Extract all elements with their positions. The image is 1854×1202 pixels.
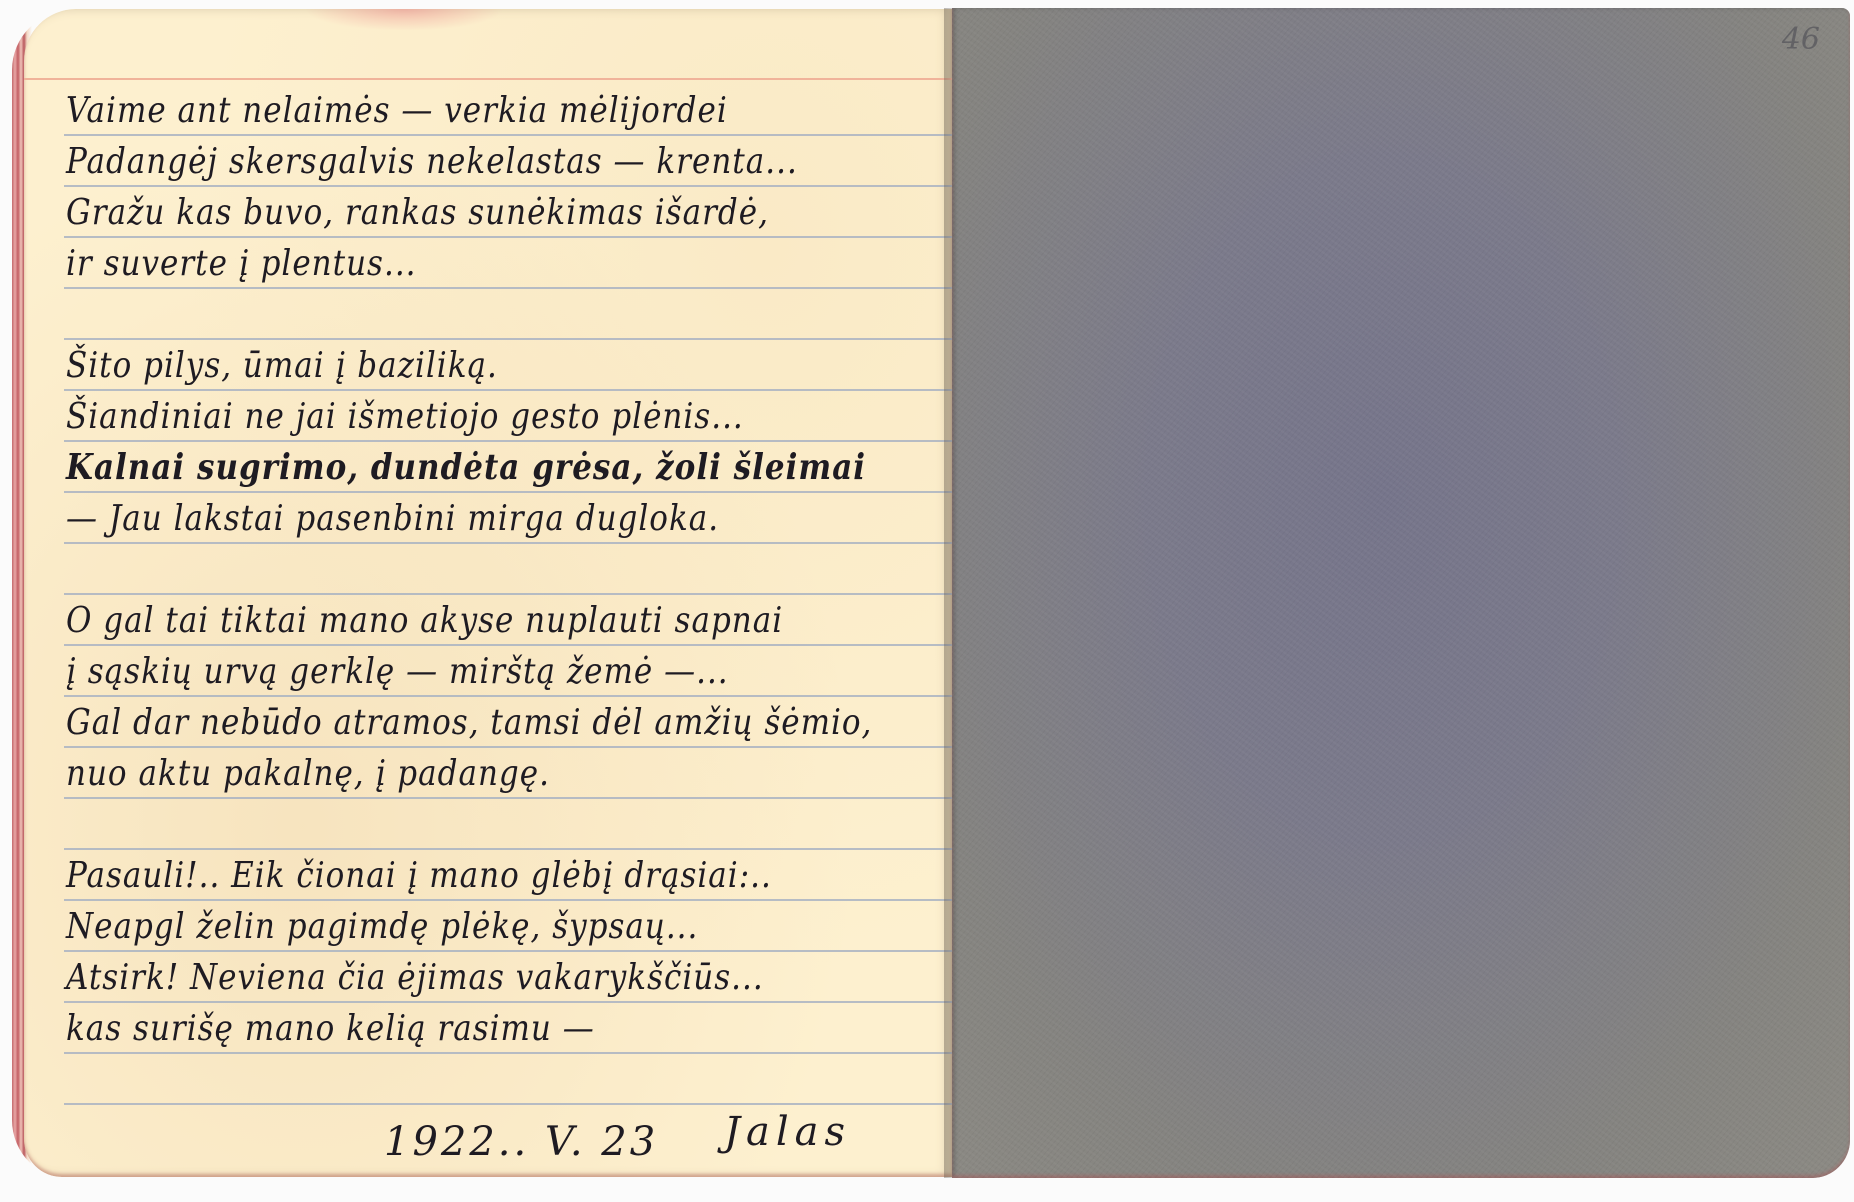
poem-line: Pasauli!.. Eik čionai į mano glėbį drąsi… xyxy=(66,855,772,896)
ruled-line xyxy=(64,338,952,340)
ruled-line xyxy=(64,746,952,748)
poem-line: Šiandiniai ne jai išmetiojo gesto plėnis… xyxy=(66,396,744,437)
poem-line: ir suverte į plentus... xyxy=(66,243,417,284)
poem-line: Gal dar nebūdo atramos, tamsi dėl amžių … xyxy=(66,702,872,743)
poem-line: nuo aktu pakalnę, į padangę. xyxy=(66,753,550,794)
notebook-spread: Vaime ant nelaimės — verkia mėlijordei P… xyxy=(0,0,1854,1202)
top-margin-line xyxy=(24,78,952,80)
ruled-line xyxy=(64,848,952,850)
ruled-line xyxy=(64,593,952,595)
ruled-line xyxy=(64,1103,952,1105)
poem-line: — Jau lakstai pasenbini mirga dugloka. xyxy=(66,498,719,539)
left-page: Vaime ant nelaimės — verkia mėlijordei P… xyxy=(24,9,952,1177)
poem-line: Neapgl želin pagimdę plėkę, šypsaų... xyxy=(66,906,698,947)
ruled-line xyxy=(64,440,952,442)
ruled-line xyxy=(64,236,952,238)
ruled-line xyxy=(64,1052,952,1054)
ruled-line xyxy=(64,185,952,187)
ruled-line xyxy=(64,287,952,289)
ruled-line xyxy=(64,695,952,697)
page-number: 46 xyxy=(1782,22,1820,57)
ruled-line xyxy=(64,797,952,799)
ruled-line xyxy=(64,1001,952,1003)
ruled-line xyxy=(64,389,952,391)
ruled-line xyxy=(64,134,952,136)
ruled-line xyxy=(64,644,952,646)
poem-line: kas surišę mano kelią rasimu — xyxy=(66,1008,595,1049)
poem-line: Padangėj skersgalvis nekelastas — krenta… xyxy=(66,141,798,182)
date: 1922.. V. 23 xyxy=(384,1119,658,1165)
poem-line: O gal tai tiktai mano akyse nuplauti sap… xyxy=(66,600,783,641)
ruled-line xyxy=(64,899,952,901)
ink-stain xyxy=(304,9,504,31)
poem-line: į sąskių urvą gerklę — mirštą žemė —... xyxy=(66,651,729,692)
poem-line: Gražu kas buvo, rankas sunėkimas išardė, xyxy=(66,192,769,233)
ruled-line xyxy=(64,950,952,952)
ruled-line xyxy=(64,542,952,544)
poem-line: Šito pilys, ūmai į baziliką. xyxy=(66,345,498,386)
poem-line: Vaime ant nelaimės — verkia mėlijordei xyxy=(66,90,728,131)
right-page-cover: 46 xyxy=(952,8,1850,1178)
poem-line: Kalnai sugrimo, dundėta grėsa, žoli šlei… xyxy=(66,447,866,488)
ruled-line xyxy=(64,491,952,493)
signature: Jalas xyxy=(724,1109,851,1155)
poem-line: Atsirk! Neviena čia ėjimas vakarykščiūs.… xyxy=(66,957,764,998)
